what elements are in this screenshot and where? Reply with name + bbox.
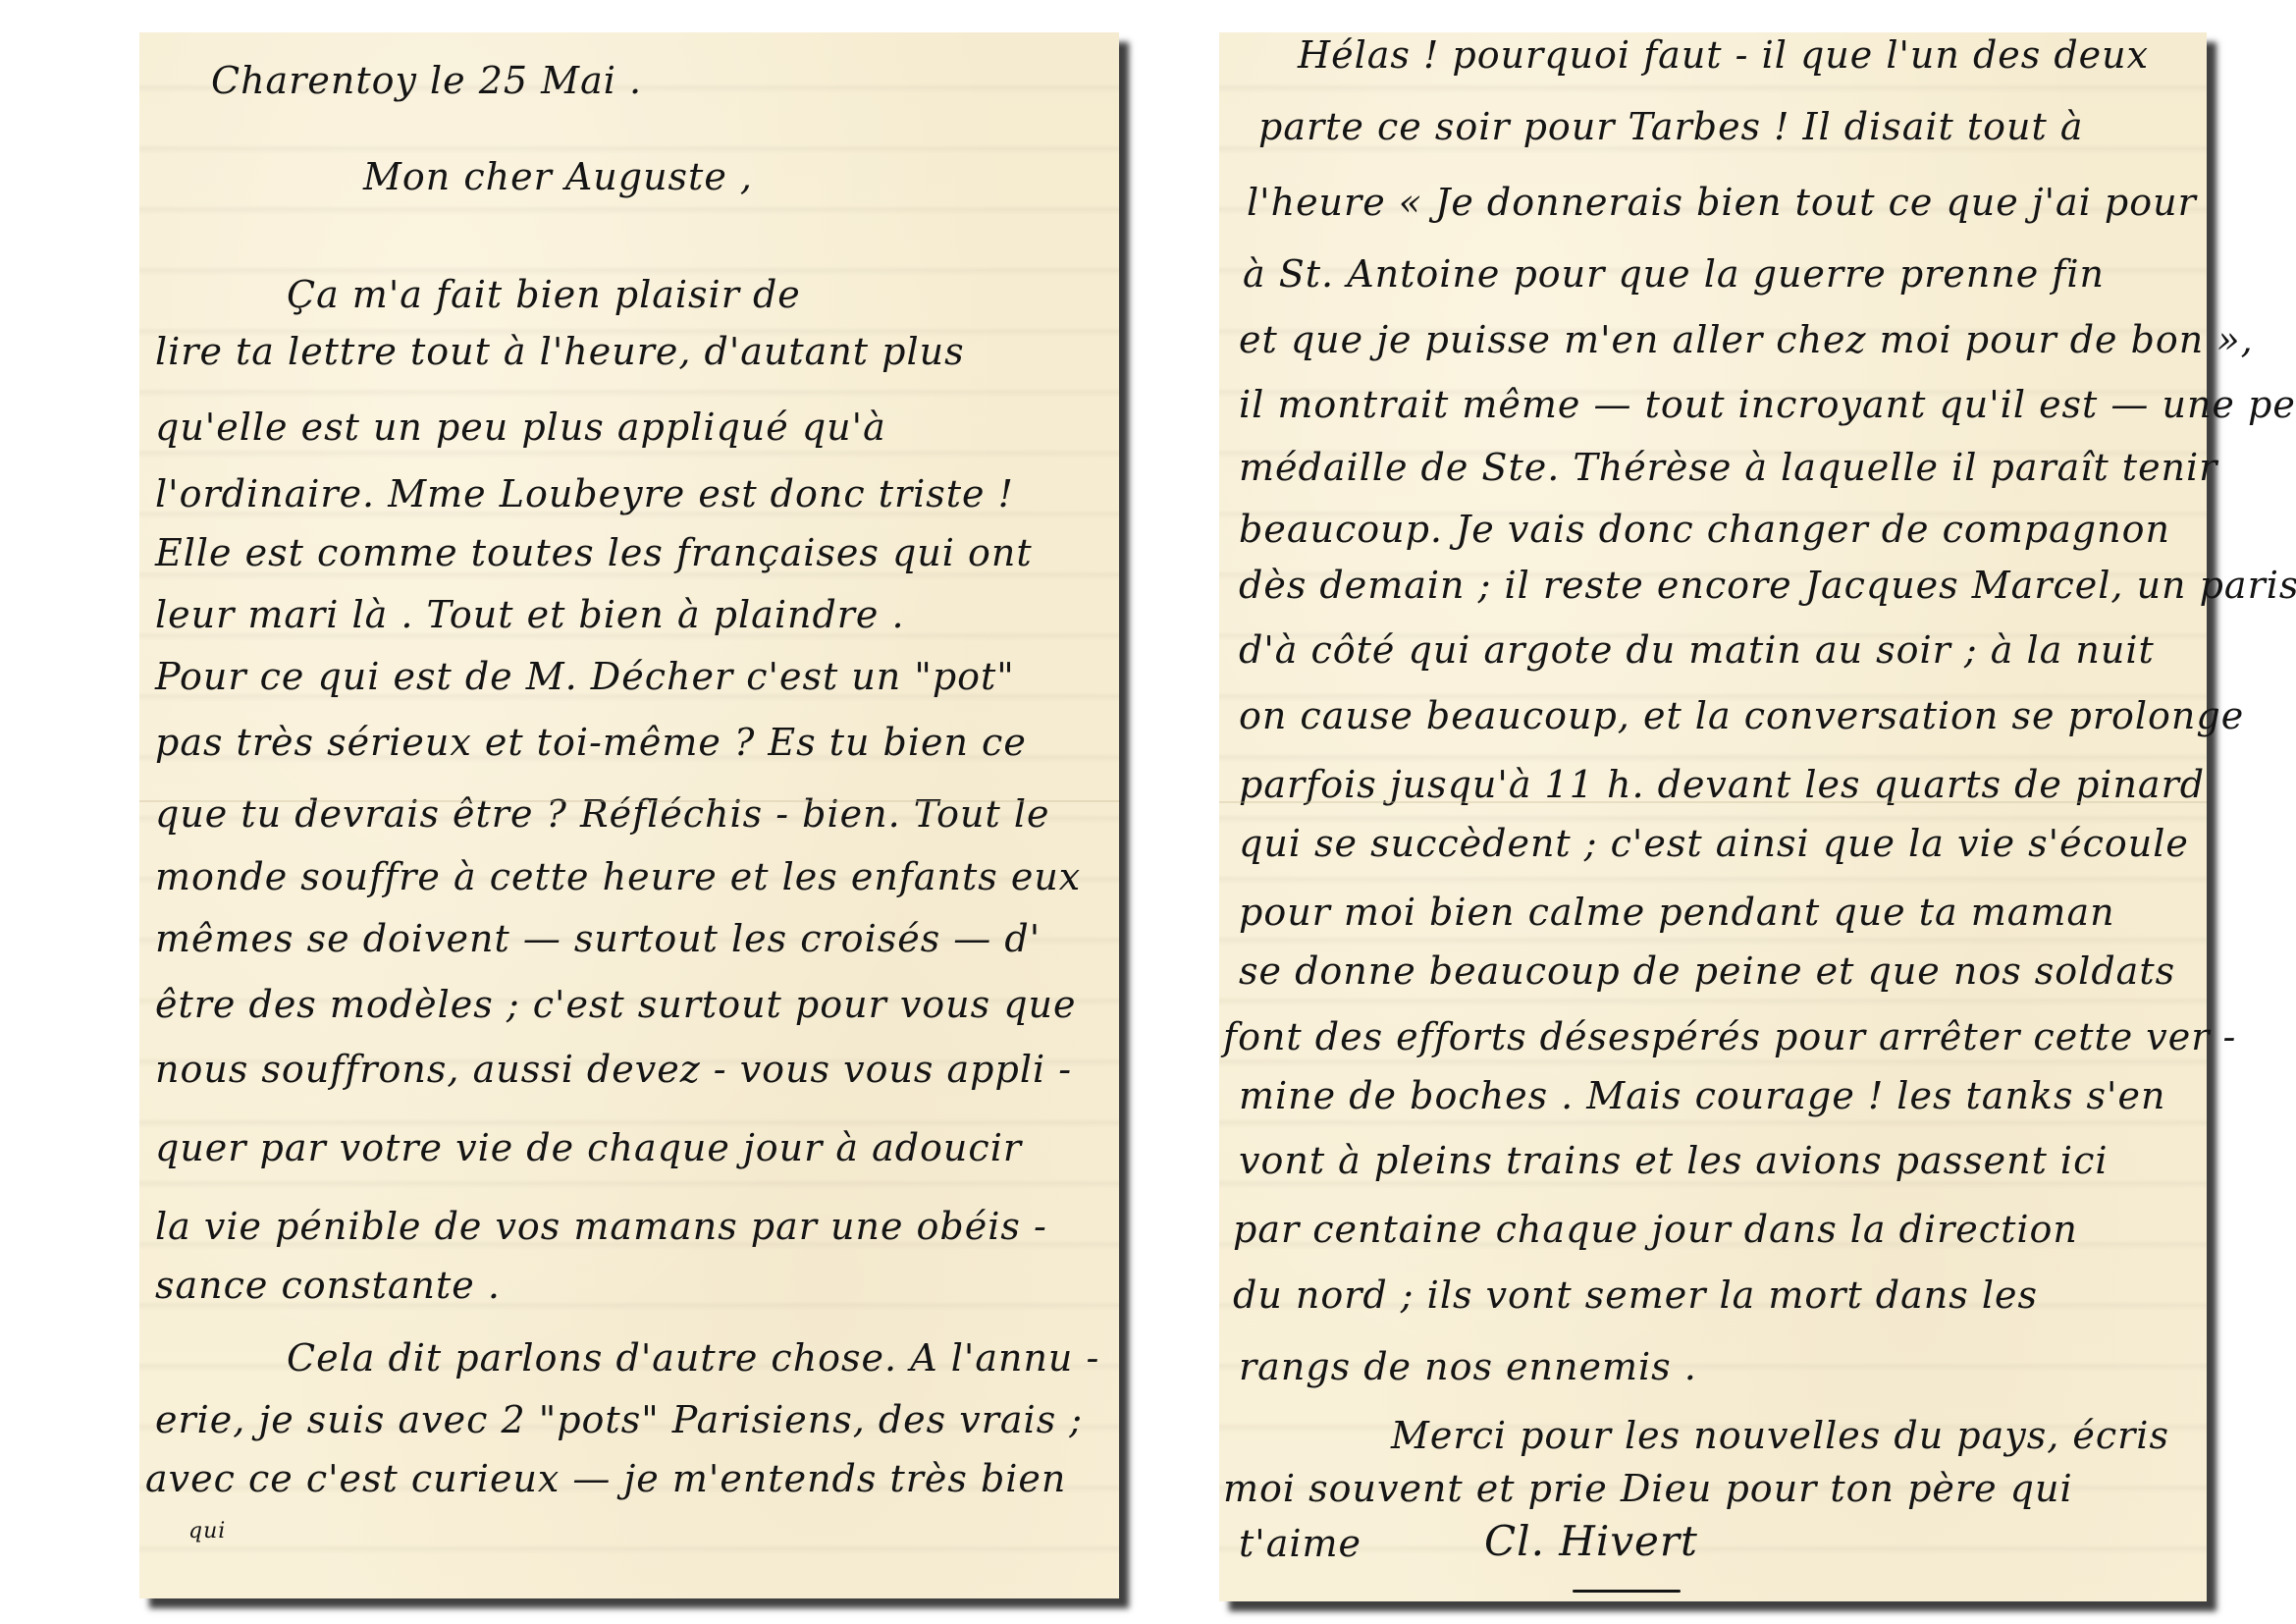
letter-line: mine de boches . Mais courage ! les tank… bbox=[1239, 1077, 2165, 1114]
letter-line: Ça m'a fait bien plaisir de bbox=[287, 276, 801, 313]
letter-line: parfois jusqu'à 11 h. devant les quarts … bbox=[1239, 766, 2205, 803]
letter-line: médaille de Ste. Thérèse à laquelle il p… bbox=[1239, 449, 2217, 486]
letter-closing: Merci pour les nouvelles du pays, écris bbox=[1391, 1417, 2169, 1454]
letter-line: qui se succèdent ; c'est ainsi que la vi… bbox=[1239, 825, 2189, 862]
letter-line: dès demain ; il reste encore Jacques Mar… bbox=[1239, 567, 2296, 604]
letter-line: la vie pénible de vos mamans par une obé… bbox=[155, 1208, 1047, 1245]
letter-line: Elle est comme toutes les françaises qui… bbox=[155, 534, 1033, 571]
letter-line: rangs de nos ennemis . bbox=[1239, 1348, 1697, 1385]
letter-line: sance constante . bbox=[155, 1267, 501, 1304]
letter-closing: moi souvent et prie Dieu pour ton père q… bbox=[1223, 1470, 2073, 1507]
letter-line: être des modèles ; c'est surtout pour vo… bbox=[155, 986, 1077, 1023]
letter-salutation: Mon cher Auguste , bbox=[363, 158, 753, 195]
letter-line: d'à côté qui argote du matin au soir ; à… bbox=[1239, 631, 2155, 669]
letter-line: Charentoy le 25 Mai . bbox=[211, 62, 642, 99]
letter-line: l'heure « Je donnerais bien tout ce que … bbox=[1247, 184, 2197, 221]
letter-line: on cause beaucoup, et la conversation se… bbox=[1239, 697, 2244, 734]
letter-line: quer par votre vie de chaque jour à adou… bbox=[155, 1129, 1022, 1166]
letter-line: lire ta lettre tout à l'heure, d'autant … bbox=[155, 333, 965, 370]
letter-line: par centaine chaque jour dans la directi… bbox=[1233, 1211, 2078, 1248]
letter-line: que tu devrais être ? Réfléchis - bien. … bbox=[155, 795, 1050, 833]
letter-line: il montrait même — tout incroyant qu'il … bbox=[1239, 386, 2296, 423]
letter-line: beaucoup. Je vais donc changer de compag… bbox=[1239, 511, 2170, 548]
letter-line: et que je puisse m'en aller chez moi pou… bbox=[1239, 321, 2254, 358]
letter-line: pour moi bien calme pendant que ta maman bbox=[1239, 893, 2115, 931]
letter-line: nous souffrons, aussi devez - vous vous … bbox=[155, 1051, 1072, 1088]
letter-line: leur mari là . Tout et bien à plaindre . bbox=[155, 596, 905, 633]
letter-correction: qui bbox=[188, 1521, 226, 1543]
letter-line: Pour ce qui est de M. Décher c'est un "p… bbox=[155, 658, 1015, 695]
signature: Cl. Hivert bbox=[1484, 1521, 1698, 1562]
letter-line: font des efforts désespérés pour arrêter… bbox=[1223, 1018, 2236, 1056]
letter-page-left: Charentoy le 25 Mai . Mon cher Auguste ,… bbox=[139, 32, 1119, 1598]
letter-line: qu'elle est un peu plus appliqué qu'à bbox=[155, 408, 886, 446]
letter-line: mêmes se doivent — surtout les croisés —… bbox=[155, 920, 1041, 957]
letter-line: avec ce c'est curieux — je m'entends trè… bbox=[145, 1460, 1066, 1497]
letter-closing: t'aime bbox=[1239, 1525, 1362, 1562]
signature-underline bbox=[1573, 1590, 1681, 1593]
letter-line: pas très sérieux et toi-même ? Es tu bie… bbox=[155, 724, 1027, 761]
letter-line: vont à pleins trains et les avions passe… bbox=[1239, 1142, 2109, 1179]
letter-page-right: Hélas ! pourquoi faut - il que l'un des … bbox=[1219, 32, 2207, 1601]
letter-line: à St. Antoine pour que la guerre prenne … bbox=[1243, 255, 2105, 293]
letter-line: l'ordinaire. Mme Loubeyre est donc trist… bbox=[155, 475, 1014, 513]
letter-line: se donne beaucoup de peine et que nos so… bbox=[1239, 952, 2175, 990]
letter-line: du nord ; ils vont semer la mort dans le… bbox=[1233, 1276, 2038, 1314]
letter-line: Hélas ! pourquoi faut - il que l'un des … bbox=[1298, 36, 2149, 74]
letter-line: parte ce soir pour Tarbes ! Il disait to… bbox=[1258, 108, 2084, 145]
letter-line: monde souffre à cette heure et les enfan… bbox=[155, 858, 1081, 895]
letter-line: Cela dit parlons d'autre chose. A l'annu… bbox=[287, 1339, 1099, 1377]
letter-line: erie, je suis avec 2 "pots" Parisiens, d… bbox=[155, 1401, 1083, 1438]
